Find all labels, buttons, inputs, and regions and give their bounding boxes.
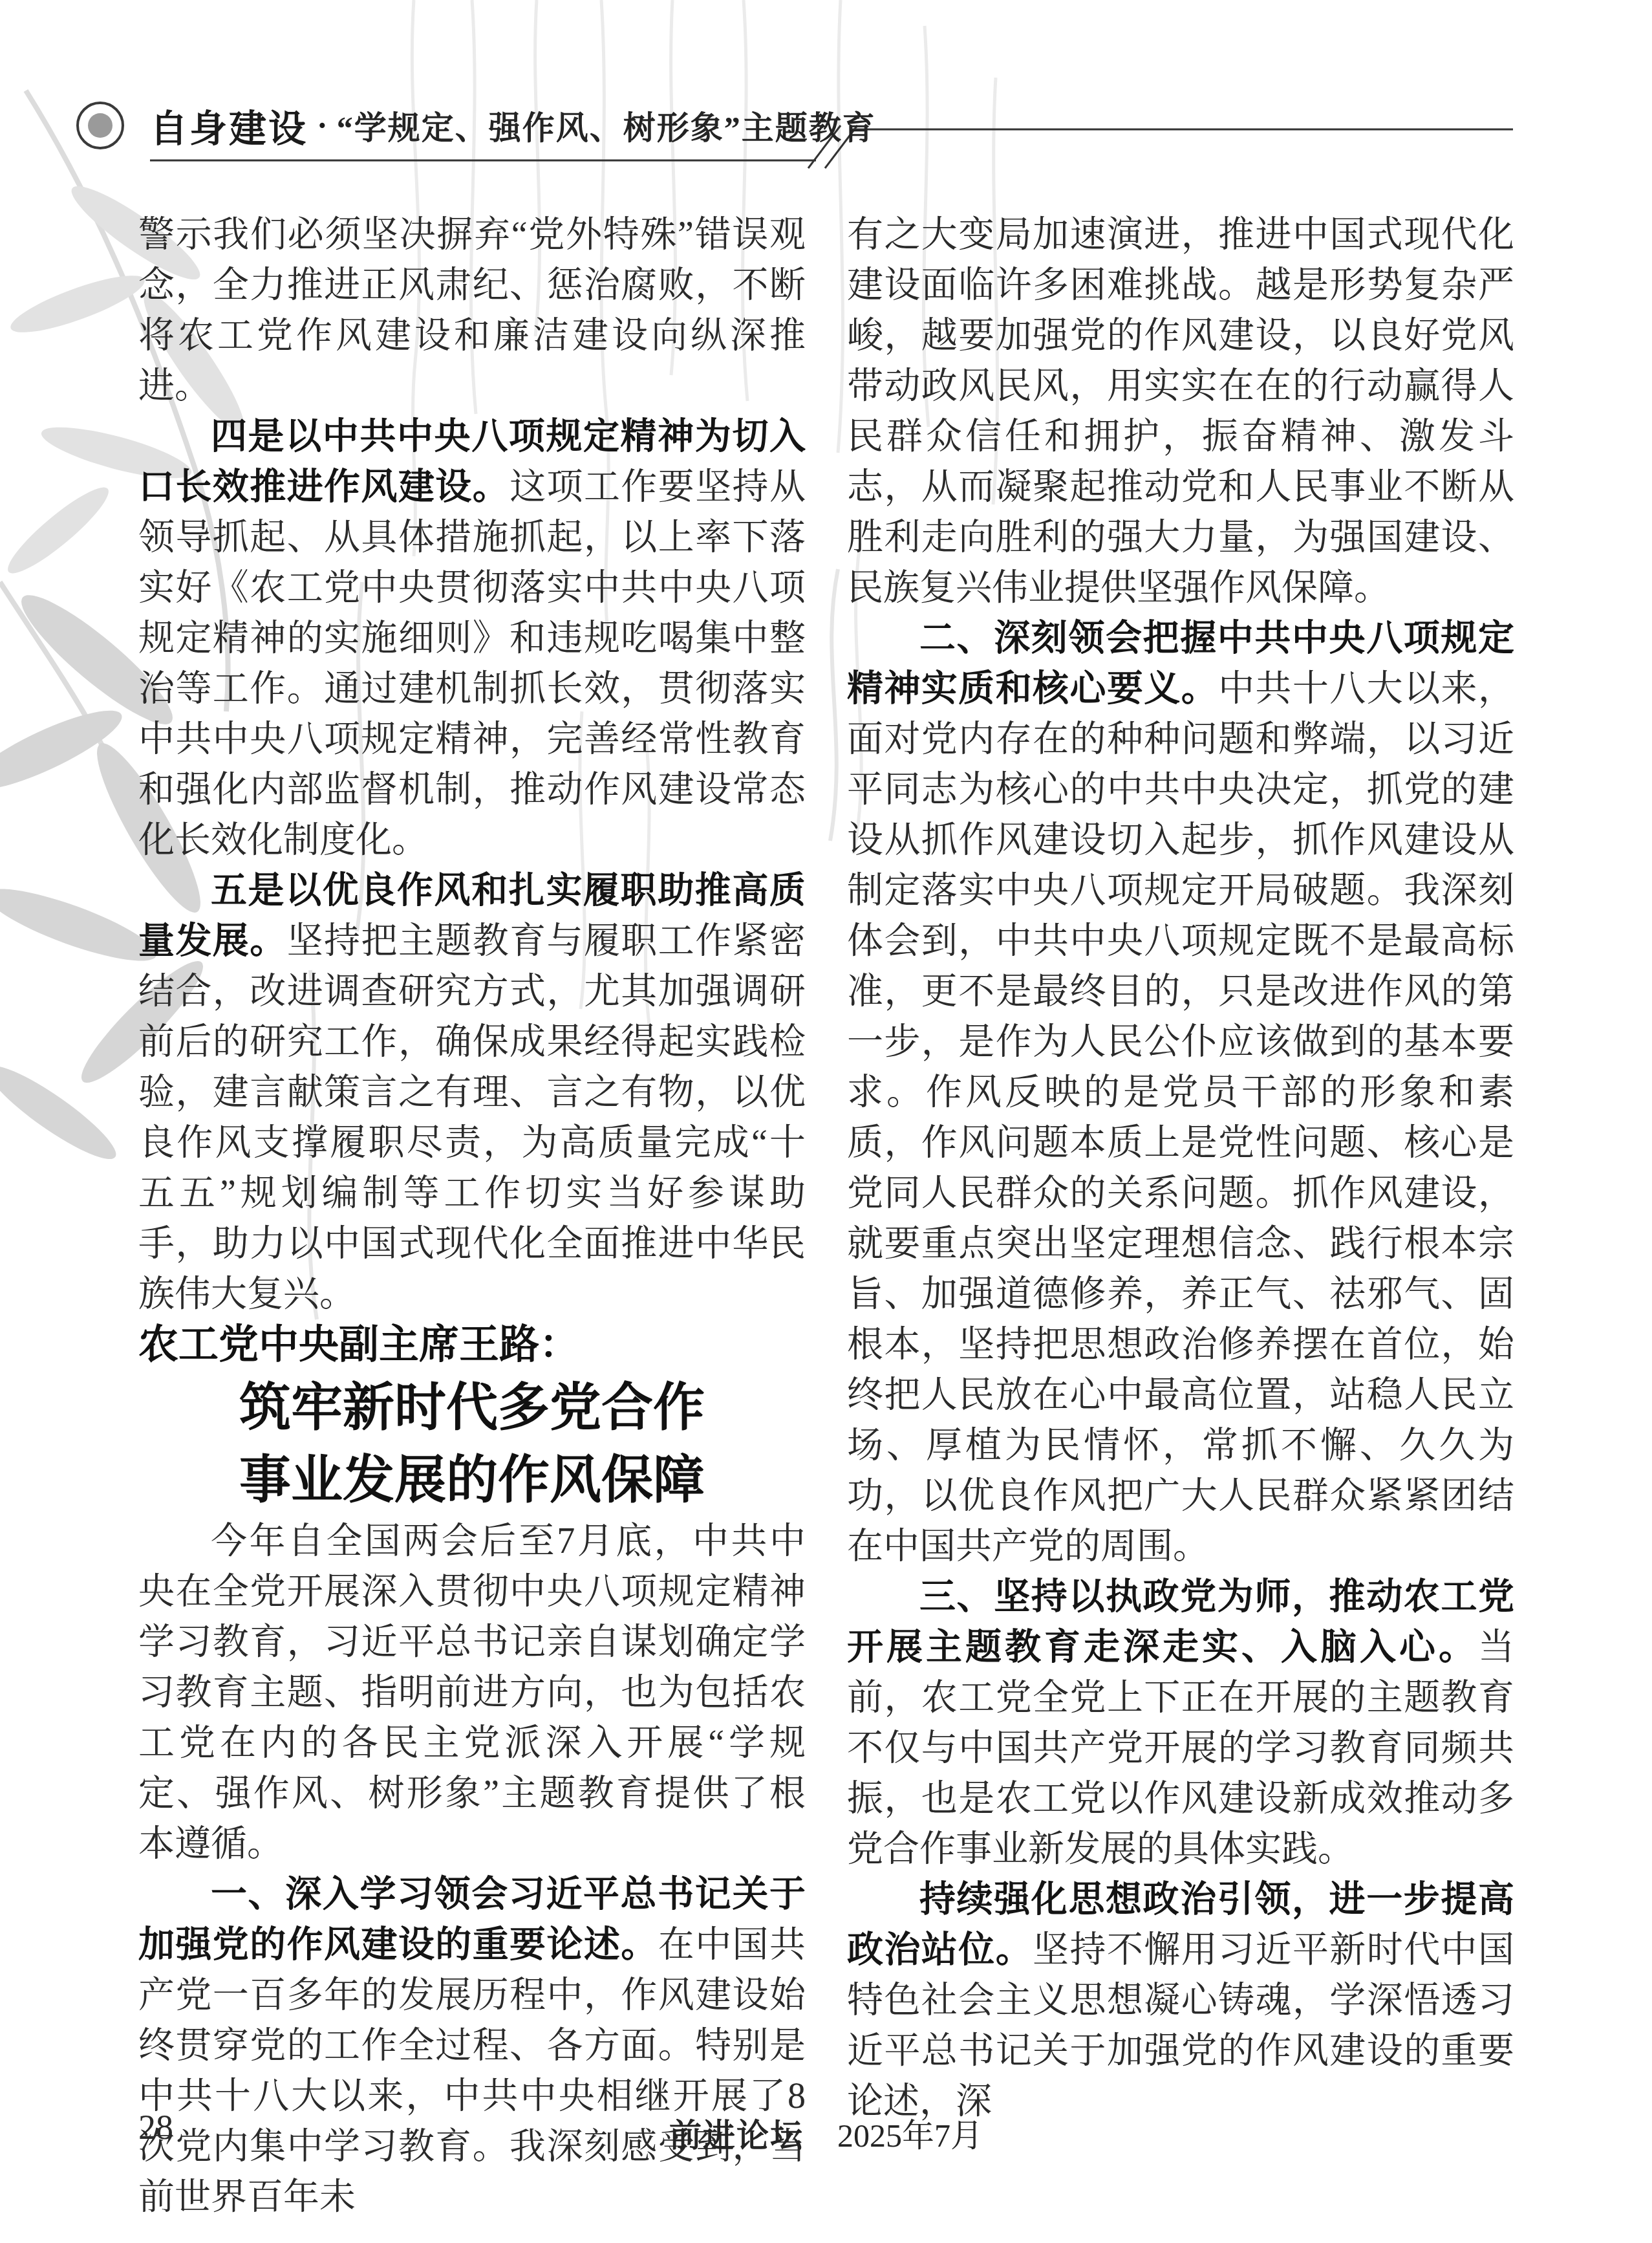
topic-label: “学规定、强作风、树形象”主题教育 [337, 102, 876, 149]
section-label: 自身建设 [150, 98, 308, 153]
paragraph: 警示我们必须坚决摒弃“党外特殊”错误观念，全力推进正风肃纪、惩治腐败，不断将农工… [138, 210, 806, 411]
paragraph: 持续强化思想政治引领，进一步提高政治站位。坚持不懈用习近平新时代中国特色社会主义… [847, 1874, 1514, 2127]
article-title: 筑牢新时代多党合作事业发展的作风保障 [138, 1371, 806, 1516]
paragraph: 四是以中共中央八项规定精神为切入口长效推进作风建设。这项工作要坚持从领导抓起、从… [138, 411, 806, 865]
header-separator: · [317, 107, 328, 144]
paragraph: 有之大变局加速演进，推进中国式现代化建设面临许多困难挑战。越是形势复杂严峻，越要… [847, 210, 1514, 613]
header-rule [0, 0, 1652, 194]
paragraph: 一、深入学习领会习近平总书记关于加强党的作风建设的重要论述。在中国共产党一百多年… [138, 1869, 806, 2222]
paragraph: 三、坚持以执政党为师，推动农工党开展主题教育走深走实、入脑入心。当前，农工党全党… [847, 1572, 1514, 1874]
paragraph: 今年自全国两会后至7月底，中共中央在全党开展深入贯彻中央八项规定精神学习教育，习… [138, 1516, 806, 1869]
article-title-line1: 筑牢新时代多党合作 [239, 1378, 705, 1436]
page-header: 自身建设 · “学规定、强作风、树形象”主题教育 [76, 98, 876, 153]
bullseye-icon [76, 102, 124, 149]
paragraph: 二、深刻领会把握中共中央八项规定精神实质和核心要义。中共十八大以来，面对党内存在… [847, 613, 1514, 1572]
paragraph-text: 在中国共产党一百多年的发展历程中，作风建设始终贯穿党的工作全过程、各方面。特别是… [138, 1925, 806, 2217]
left-column: 警示我们必须坚决摒弃“党外特殊”错误观念，全力推进正风肃纪、惩治腐败，不断将农工… [138, 210, 806, 2222]
paragraph-lead: 三、坚持以执政党为师，推动农工党开展主题教育走深走实、入脑入心。 [847, 1577, 1514, 1667]
journal-title: 前进论坛 [669, 2118, 804, 2154]
paragraph-text: 中共十八大以来，面对党内存在的种种问题和弊端，以习近平同志为核心的中共中央决定，… [847, 669, 1514, 1566]
right-column: 有之大变局加速演进，推进中国式现代化建设面临许多困难挑战。越是形势复杂严峻，越要… [847, 210, 1514, 2127]
paragraph-text: 这项工作要坚持从领导抓起、从具体措施抓起，以上率下落实好《农工党中央贯彻落实中共… [138, 467, 806, 860]
page: 自身建设 · “学规定、强作风、树形象”主题教育 警示我们必须坚决摒弃“党外特殊… [0, 0, 1652, 2243]
issue-date: 2025年7月 [837, 2118, 983, 2154]
bullseye-icon-dot [88, 113, 113, 138]
article-title-line2: 事业发展的作风保障 [239, 1451, 705, 1508]
paragraph-text: 坚持把主题教育与履职工作紧密结合，改进调查研究方式，尤其加强调研前后的研究工作，… [138, 921, 806, 1314]
footer: 前进论坛2025年7月 [0, 2110, 1652, 2156]
paragraph: 五是以优良作风和扎实履职助推高质量发展。坚持把主题教育与履职工作紧密结合，改进调… [138, 865, 806, 1319]
article-byline: 农工党中央副主席王路： [138, 1319, 806, 1371]
